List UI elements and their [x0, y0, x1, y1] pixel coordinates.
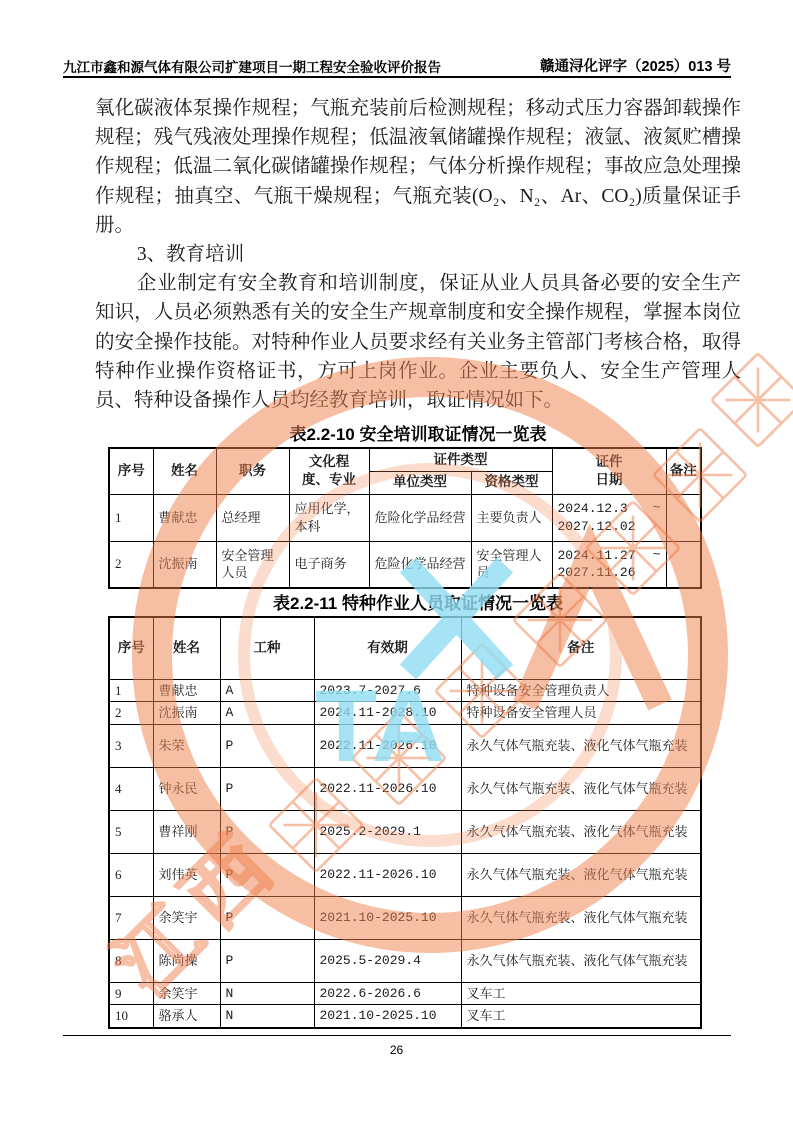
- cell-name: 陈尚操: [153, 939, 220, 982]
- col-header-cert-date-line1: 证件: [596, 454, 623, 469]
- table-row: 7 余笑宇 P 2021.10-2025.10 永久气体气瓶充装、液化气体气瓶充…: [109, 896, 701, 939]
- cell-qual-type: 安全管理人员: [471, 541, 552, 588]
- cell-no: 1: [109, 494, 153, 541]
- col-header-cert-date-line2: 日期: [596, 472, 623, 487]
- cell-no: 6: [109, 853, 153, 896]
- cell-name: 曹献忠: [153, 494, 216, 541]
- cell-remark: 永久气体气瓶充装、液化气体气瓶充装: [461, 939, 701, 982]
- table-row: 4 钟永民 P 2022.11-2026.10 永久气体气瓶充装、液化气体气瓶充…: [109, 767, 701, 810]
- footer-rule: [63, 1035, 731, 1036]
- cell-worktype: P: [220, 724, 314, 767]
- cell-no: 8: [109, 939, 153, 982]
- col-header-no: 序号: [109, 617, 153, 679]
- cell-education: 应用化学，本科: [289, 494, 369, 541]
- col-header-education-line1: 文化程: [309, 454, 350, 469]
- cell-name: 朱荣: [153, 724, 220, 767]
- tilde-symbol: ~: [653, 546, 661, 564]
- cell-worktype: A: [220, 702, 314, 725]
- cell-worktype: P: [220, 810, 314, 853]
- tilde-symbol: ~: [653, 499, 661, 517]
- cell-validity: 2022.11-2026.10: [314, 724, 461, 767]
- section-heading: 3、教育培训: [95, 240, 741, 269]
- col-header-cert-date: 证件 日期: [552, 448, 666, 494]
- doc-number: 赣通浔化评字（2025）013 号: [540, 59, 731, 76]
- cell-validity: 2024.11-2028.10: [314, 702, 461, 725]
- cell-worktype: P: [220, 896, 314, 939]
- table-row: 1 曹献忠 A 2023.7-2027.6 特种设备安全管理负责人: [109, 679, 701, 702]
- cell-remark: 永久气体气瓶充装、液化气体气瓶充装: [461, 853, 701, 896]
- cell-name: 沈振南: [153, 541, 216, 588]
- cell-no: 9: [109, 982, 153, 1005]
- date-to: 2027.11.26: [558, 564, 661, 582]
- cell-validity: 2022.11-2026.10: [314, 767, 461, 810]
- cell-name: 余笑宇: [153, 896, 220, 939]
- col-header-remark: 备注: [461, 617, 701, 679]
- cell-validity: 2022.11-2026.10: [314, 853, 461, 896]
- col-header-title: 职务: [216, 448, 289, 494]
- table-row: 1 曹献忠 总经理 应用化学，本科 危险化学品经营 主要负责人 ~ 2024.1…: [109, 494, 701, 541]
- cell-no: 3: [109, 724, 153, 767]
- date-from: 2024.12.3: [558, 500, 661, 518]
- table-row: 9 余笑宇 N 2022.6-2026.6 叉车工: [109, 982, 701, 1005]
- cell-remark: 特种设备安全管理人员: [461, 702, 701, 725]
- col-header-education-line2: 度、专业: [302, 472, 356, 487]
- cell-no: 2: [109, 702, 153, 725]
- paragraph-continuation: 氧化碳液体泵操作规程；气瓶充装前后检测规程；移动式压力容器卸载操作规程；残气残液…: [95, 94, 741, 240]
- cell-remark: 永久气体气瓶充装、液化气体气瓶充装: [461, 767, 701, 810]
- cell-worktype: A: [220, 679, 314, 702]
- col-header-education: 文化程 度、专业: [289, 448, 369, 494]
- cell-no: 1: [109, 679, 153, 702]
- cell-worktype: P: [220, 767, 314, 810]
- cell-name: 曹献忠: [153, 679, 220, 702]
- table-row: 5 曹祥刚 P 2025.2-2029.1 永久气体气瓶充装、液化气体气瓶充装: [109, 810, 701, 853]
- table-row: 2 沈振南 安全管理人员 电子商务 危险化学品经营 安全管理人员 ~ 2024.…: [109, 541, 701, 588]
- col-header-unit-type: 单位类型: [369, 471, 471, 494]
- cell-name: 沈振南: [153, 702, 220, 725]
- cell-worktype: P: [220, 853, 314, 896]
- page-number: 26: [0, 1043, 793, 1057]
- cell-validity: 2021.10-2025.10: [314, 896, 461, 939]
- cell-validity: 2025.2-2029.1: [314, 810, 461, 853]
- cell-title: 安全管理人员: [216, 541, 289, 588]
- cell-no: 7: [109, 896, 153, 939]
- col-header-cert-type: 证件类型: [369, 448, 552, 471]
- safety-training-table: 序号 姓名 职务 文化程 度、专业 证件类型 证件 日期 备注 单位类型 资格类…: [108, 447, 702, 589]
- cell-name: 骆承人: [153, 1005, 220, 1028]
- cell-unit-type: 危险化学品经营: [369, 494, 471, 541]
- table2-header-row: 序号 姓名 工种 有效期 备注: [109, 617, 701, 679]
- cell-remark: 永久气体气瓶充装、液化气体气瓶充装: [461, 896, 701, 939]
- special-operators-table: 序号 姓名 工种 有效期 备注 1 曹献忠 A 2023.7-2027.6 特种…: [108, 616, 702, 1029]
- cell-validity: 2023.7-2027.6: [314, 679, 461, 702]
- cell-name: 钟永民: [153, 767, 220, 810]
- cell-name: 刘伟英: [153, 853, 220, 896]
- cell-no: 2: [109, 541, 153, 588]
- cell-worktype: N: [220, 982, 314, 1005]
- cell-cert-date: ~ 2024.11.27 2027.11.26: [552, 541, 666, 588]
- table-row: 8 陈尚操 P 2025.5-2029.4 永久气体气瓶充装、液化气体气瓶充装: [109, 939, 701, 982]
- cell-validity: 2025.5-2029.4: [314, 939, 461, 982]
- paragraph-training: 企业制定有安全教育和培训制度，保证从业人员具备必要的安全生产知识，人员必须熟悉有…: [95, 269, 741, 415]
- report-title: 九江市鑫和源气体有限公司扩建项目一期工程安全验收评价报告: [63, 60, 441, 76]
- cell-education: 电子商务: [289, 541, 369, 588]
- cell-unit-type: 危险化学品经营: [369, 541, 471, 588]
- cell-name: 余笑宇: [153, 982, 220, 1005]
- page-header: 九江市鑫和源气体有限公司扩建项目一期工程安全验收评价报告 赣通浔化评字（2025…: [63, 50, 731, 78]
- cell-remark: [666, 541, 701, 588]
- col-header-no: 序号: [109, 448, 153, 494]
- cell-validity: 2021.10-2025.10: [314, 1005, 461, 1028]
- document-page: 九江市鑫和源气体有限公司扩建项目一期工程安全验收评价报告 赣通浔化评字（2025…: [0, 0, 793, 1122]
- date-to: 2027.12.02: [558, 518, 661, 536]
- table-row: 3 朱荣 P 2022.11-2026.10 永久气体气瓶充装、液化气体气瓶充装: [109, 724, 701, 767]
- table-row: 10 骆承人 N 2021.10-2025.10 叉车工: [109, 1005, 701, 1028]
- table1-title: 表2.2-10 安全培训取证情况一览表: [95, 420, 741, 445]
- col-header-remark: 备注: [666, 448, 701, 494]
- col-header-qual-type: 资格类型: [471, 471, 552, 494]
- date-from: 2024.11.27: [558, 547, 661, 565]
- cell-remark: 永久气体气瓶充装、液化气体气瓶充装: [461, 810, 701, 853]
- cell-title: 总经理: [216, 494, 289, 541]
- cell-remark: [666, 494, 701, 541]
- cell-name: 曹祥刚: [153, 810, 220, 853]
- cell-qual-type: 主要负责人: [471, 494, 552, 541]
- cell-validity: 2022.6-2026.6: [314, 982, 461, 1005]
- table2-title: 表2.2-11 特种作业人员取证情况一览表: [95, 589, 741, 614]
- col-header-name: 姓名: [153, 617, 220, 679]
- table-row: 6 刘伟英 P 2022.11-2026.10 永久气体气瓶充装、液化气体气瓶充…: [109, 853, 701, 896]
- cell-no: 5: [109, 810, 153, 853]
- col-header-name: 姓名: [153, 448, 216, 494]
- cell-remark: 叉车工: [461, 1005, 701, 1028]
- body-text: 氧化碳液体泵操作规程；气瓶充装前后检测规程；移动式压力容器卸载操作规程；残气残液…: [95, 94, 741, 415]
- cell-worktype: P: [220, 939, 314, 982]
- cell-remark: 永久气体气瓶充装、液化气体气瓶充装: [461, 724, 701, 767]
- cell-worktype: N: [220, 1005, 314, 1028]
- cell-cert-date: ~ 2024.12.3 2027.12.02: [552, 494, 666, 541]
- cell-remark: 叉车工: [461, 982, 701, 1005]
- cell-no: 4: [109, 767, 153, 810]
- col-header-validity: 有效期: [314, 617, 461, 679]
- cell-no: 10: [109, 1005, 153, 1028]
- table1-header-row1: 序号 姓名 职务 文化程 度、专业 证件类型 证件 日期 备注: [109, 448, 701, 471]
- cell-remark: 特种设备安全管理负责人: [461, 679, 701, 702]
- table-row: 2 沈振南 A 2024.11-2028.10 特种设备安全管理人员: [109, 702, 701, 725]
- col-header-worktype: 工种: [220, 617, 314, 679]
